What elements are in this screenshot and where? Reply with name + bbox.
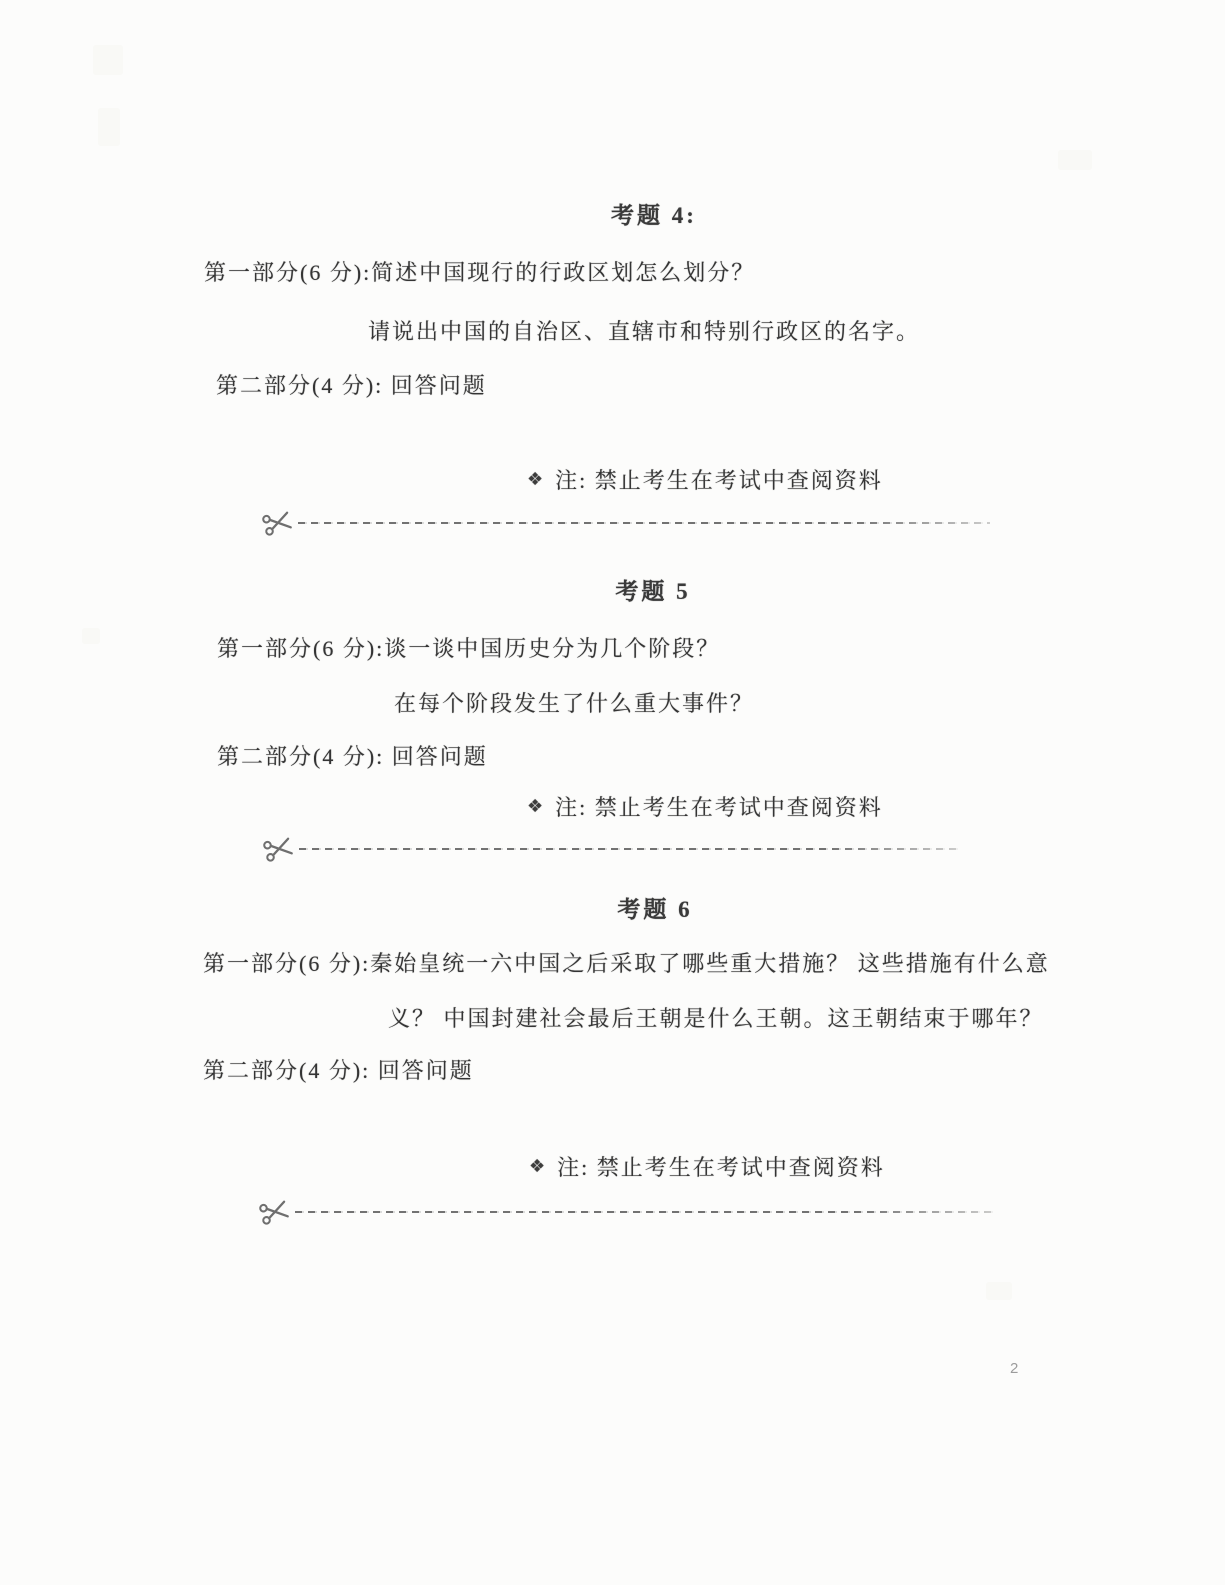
question4-part2: 第二部分(4 分): 回答问题 [216,369,487,400]
dashed-cut-rule [295,1211,995,1213]
scan-artifact [1058,150,1092,170]
scanned-exam-page: 考题 4: 第一部分(6 分):简述中国现行的行政区划怎么划分？ 请说出中国的自… [0,0,1225,1585]
question4-part1-continued: 请说出中国的自治区、直辖市和特别行政区的名字。 [368,315,920,346]
question5-part1: 第一部分(6 分):谈一谈中国历史分为几个阶段？ [217,632,720,663]
page-number: 2 [1010,1360,1018,1377]
note-text: 注: 禁止考生在考试中查阅资料 [555,791,883,822]
question5-title: 考题 5 [615,573,690,606]
scan-artifact [82,628,100,644]
question6-note: ❖ 注: 禁止考生在考试中查阅资料 [529,1151,885,1182]
diamond-note-icon: ❖ [527,469,545,490]
dashed-cut-rule [298,522,990,524]
question4-title: 考题 4: [611,197,697,230]
diamond-note-icon: ❖ [529,1156,547,1177]
question5-part2: 第二部分(4 分): 回答问题 [217,740,488,771]
scan-artifact [98,108,120,146]
scissors-icon [256,1196,291,1228]
question6-part2: 第二部分(4 分): 回答问题 [203,1054,474,1085]
question4-part1: 第一部分(6 分):简述中国现行的行政区划怎么划分？ [204,256,755,287]
question6-part1: 第一部分(6 分):秦始皇统一六中国之后采取了哪些重大措施？ 这些措施有什么意 [203,947,1050,978]
question5-note: ❖ 注: 禁止考生在考试中查阅资料 [527,791,883,822]
question6-part1-continued: 义？ 中国封建社会最后王朝是什么王朝。这王朝结束于哪年？ [388,1002,1044,1033]
cut-line-1 [262,510,990,536]
question5-part1-continued: 在每个阶段发生了什么重大事件？ [394,687,754,718]
cut-line-2 [263,836,959,862]
cut-line-3 [259,1199,995,1225]
note-text: 注: 禁止考生在考试中查阅资料 [555,464,883,495]
scan-artifact [93,45,123,75]
note-text: 注: 禁止考生在考试中查阅资料 [557,1151,885,1182]
question6-title: 考题 6 [617,891,692,924]
diamond-note-icon: ❖ [527,796,545,817]
dashed-cut-rule [299,848,959,850]
question4-note: ❖ 注: 禁止考生在考试中查阅资料 [527,464,883,495]
scissors-icon [260,833,295,865]
scan-artifact [986,1282,1012,1300]
scissors-icon [259,507,294,539]
